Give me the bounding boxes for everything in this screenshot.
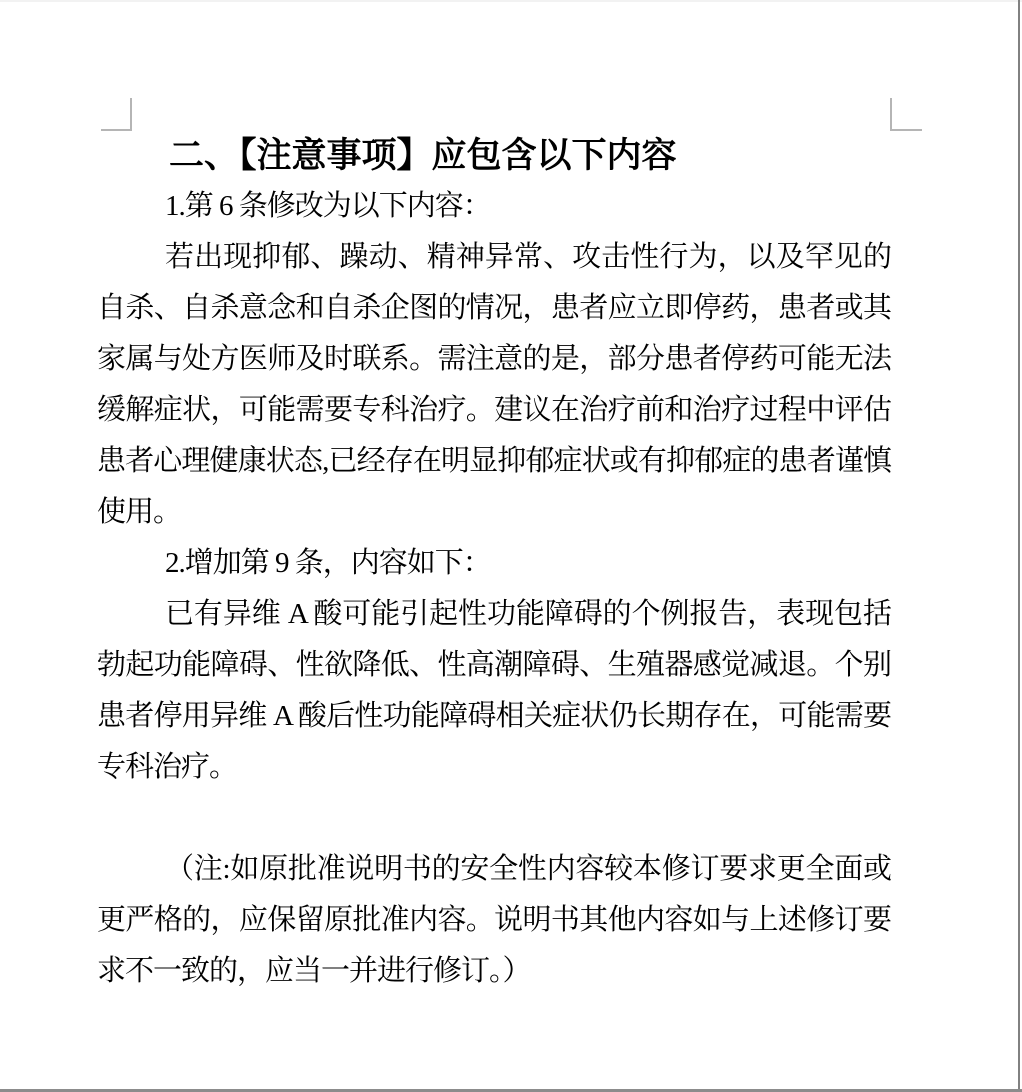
margin-mark-right-vertical: [890, 98, 892, 131]
note-paragraph: （注:如原批准说明书的安全性内容较本修订要求更全面或更严格的，应保留原批准内容。…: [97, 844, 891, 997]
clause-1-label: 1.第 6 条修改为以下内容：: [97, 181, 891, 232]
clause-2-body: 已有异维 A 酸可能引起性功能障碍的个例报告，表现包括勃起功能障碍、性欲降低、性…: [97, 589, 891, 793]
document-content: 二、【注意事项】应包含以下内容 1.第 6 条修改为以下内容： 若出现抑郁、躁动…: [97, 130, 891, 997]
clause-2-label: 2.增加第 9 条，内容如下：: [97, 538, 891, 589]
section-heading: 二、【注意事项】应包含以下内容: [97, 130, 891, 181]
document-page: 二、【注意事项】应包含以下内容 1.第 6 条修改为以下内容： 若出现抑郁、躁动…: [0, 0, 1022, 1092]
clause-1-body: 若出现抑郁、躁动、精神异常、攻击性行为，以及罕见的自杀、自杀意念和自杀企图的情况…: [97, 232, 891, 538]
margin-mark-right-horizontal: [890, 129, 922, 131]
page-right-border: [1018, 0, 1020, 1092]
margin-mark-left-vertical: [130, 98, 132, 131]
page-top-edge: [0, 0, 1022, 2]
